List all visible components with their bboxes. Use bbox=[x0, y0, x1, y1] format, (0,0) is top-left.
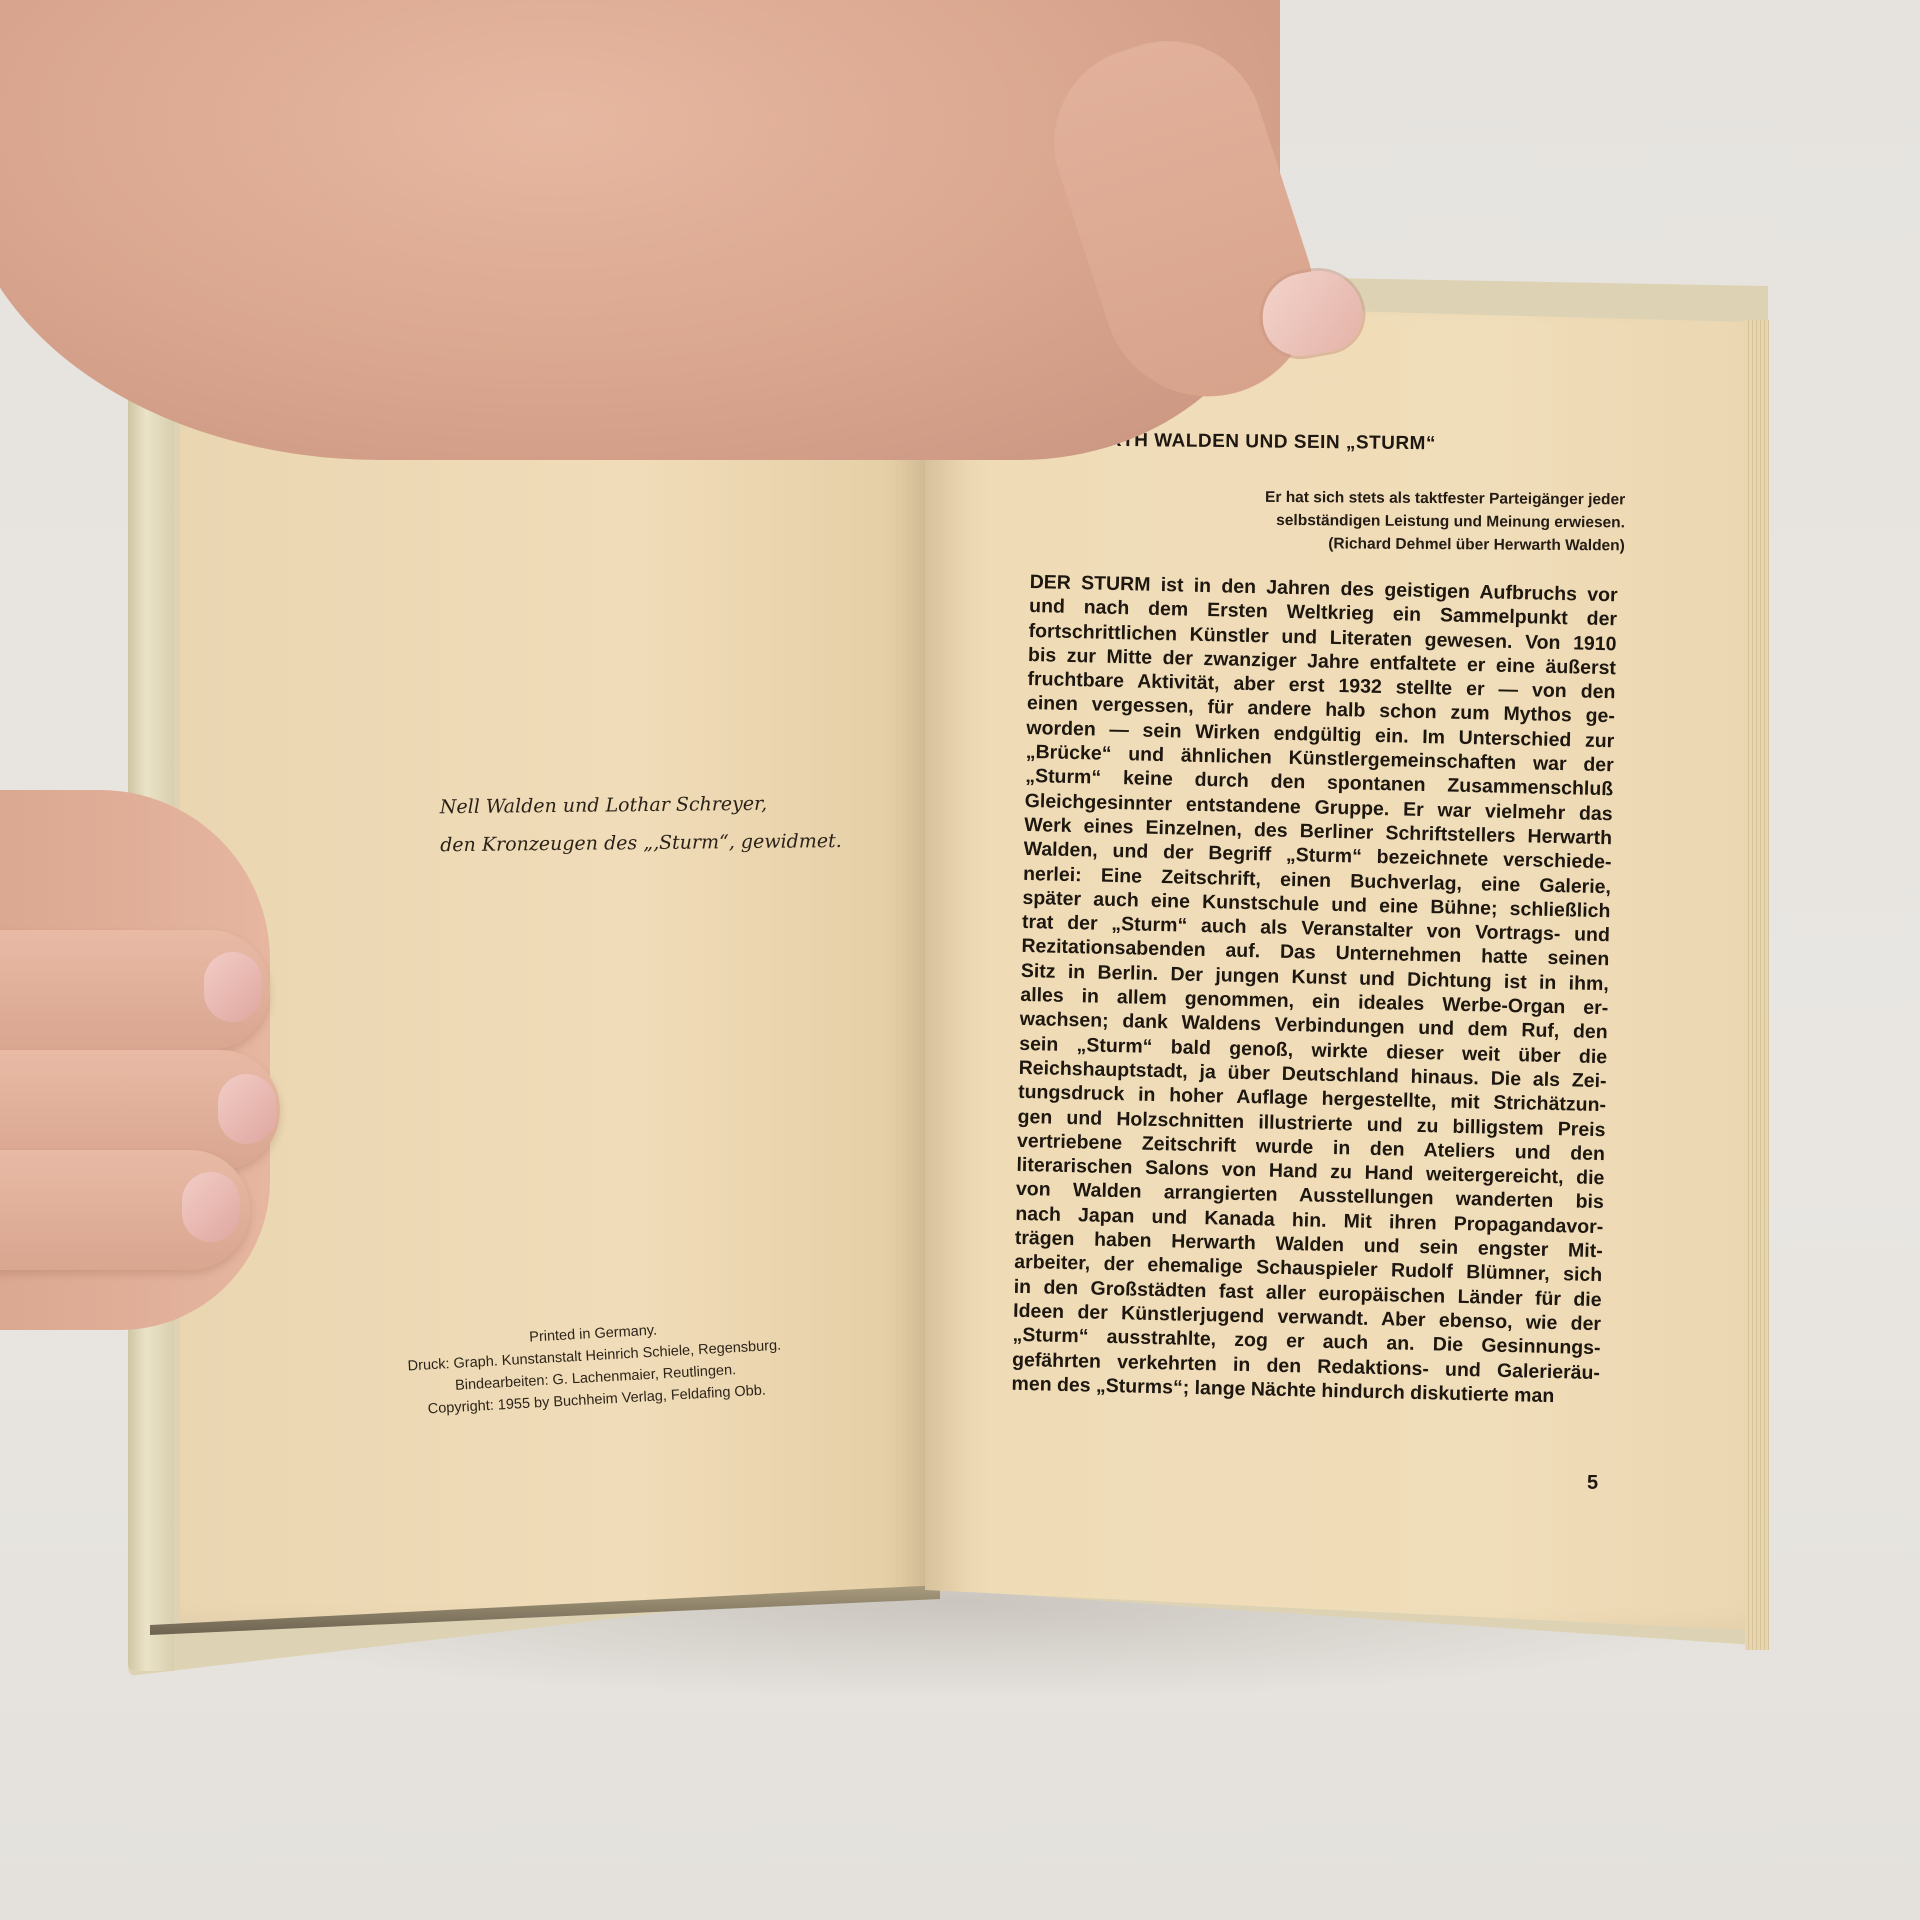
epigraph-line: Er hat sich stets als taktfester Parteig… bbox=[1225, 486, 1625, 512]
dedication-line: den Kronzeugen des „‚Sturm“, gewidmet. bbox=[440, 822, 860, 864]
fingernail bbox=[204, 952, 262, 1022]
dedication-line: Nell Walden und Lothar Schreyer, bbox=[440, 784, 860, 826]
epigraph: Er hat sich stets als taktfester Parteig… bbox=[1225, 486, 1625, 558]
left-page bbox=[180, 268, 940, 1628]
page-number: 5 bbox=[1587, 1472, 1598, 1495]
left-finger bbox=[0, 1150, 250, 1270]
dedication: Nell Walden und Lothar Schreyer, den Kro… bbox=[440, 784, 861, 864]
fingernail bbox=[182, 1172, 240, 1242]
left-finger bbox=[0, 930, 270, 1050]
epigraph-attribution: (Richard Dehmel über Herwarth Walden) bbox=[1225, 532, 1625, 558]
fingernail bbox=[218, 1074, 276, 1144]
body-text: DER STURM ist in den Jahren des geistige… bbox=[1011, 570, 1618, 1409]
page-stack-edge bbox=[1745, 320, 1769, 1650]
epigraph-line: selbständigen Leistung und Meinung erwie… bbox=[1225, 509, 1625, 535]
